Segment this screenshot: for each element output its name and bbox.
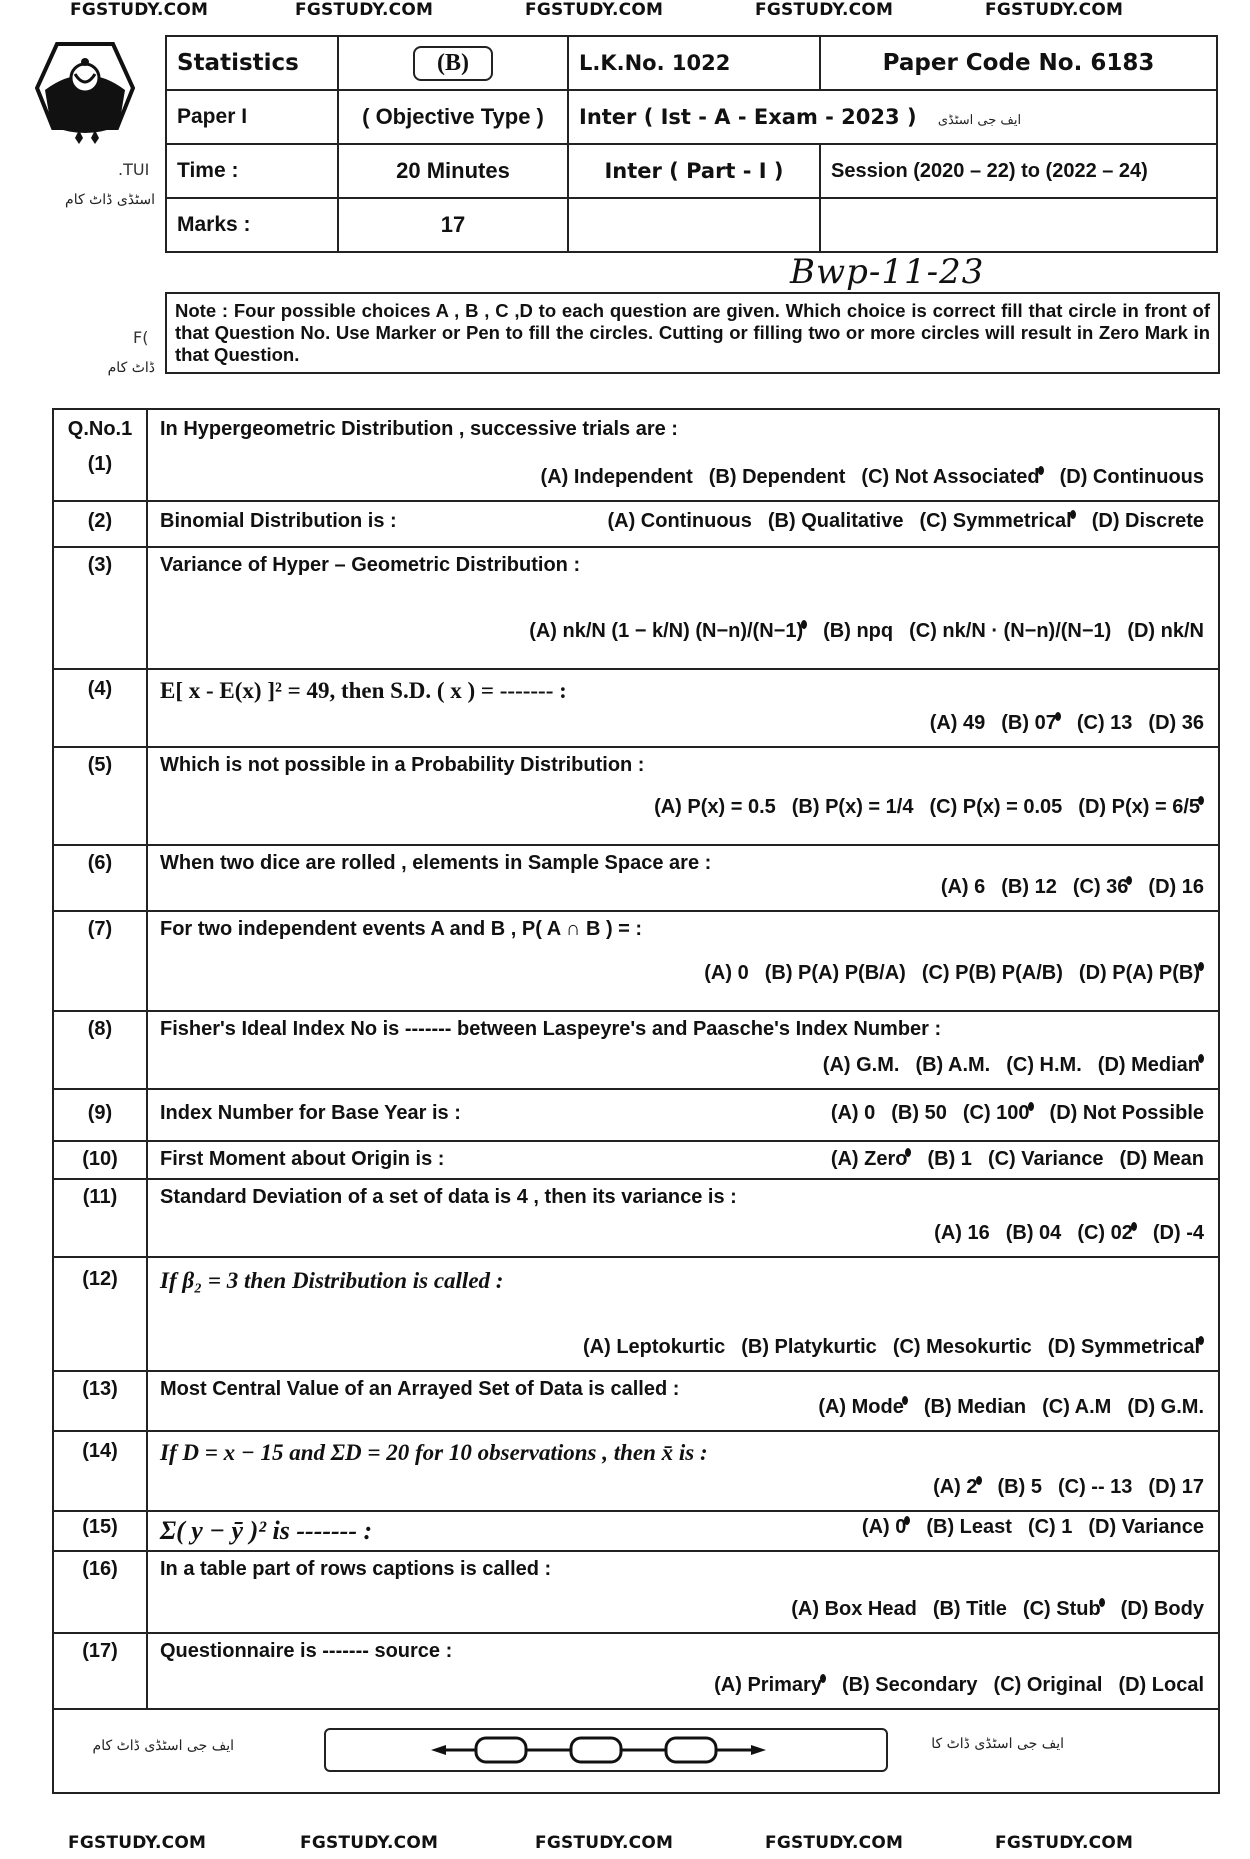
question-row: (9)Index Number for Base Year is :(A) 0(… bbox=[53, 1089, 1219, 1141]
marks-value: 17 bbox=[338, 198, 568, 252]
question-text: Σ( y − ȳ )² is ------- : bbox=[160, 1516, 372, 1546]
option-b[interactable]: (B) npq bbox=[823, 620, 893, 642]
option-label: (C) 13 bbox=[1077, 712, 1133, 734]
question-body: Index Number for Base Year is :(A) 0(B) … bbox=[147, 1089, 1219, 1141]
watermark-bottom-4: FGSTUDY.COM bbox=[765, 1833, 903, 1853]
answer-options: (A) 0(B) P(A) P(B/A)(C) P(B) P(A/B)(D) P… bbox=[688, 962, 1204, 985]
option-a[interactable]: (A) nk/N (1 − k/N) (N−n)/(N−1) bbox=[529, 620, 807, 642]
question-number-text: (10) bbox=[54, 1148, 146, 1171]
question-row: (2)Binomial Distribution is :(A) Continu… bbox=[53, 501, 1219, 547]
question-body: Questionnaire is ------- source :(A) Pri… bbox=[147, 1633, 1219, 1709]
option-a[interactable]: (A) Independent bbox=[541, 466, 693, 488]
answer-options: (A) 6(B) 12(C) 36(D) 16 bbox=[925, 876, 1204, 899]
option-label: (D) Continuous bbox=[1060, 466, 1204, 488]
question-text: When two dice are rolled , elements in S… bbox=[160, 852, 711, 875]
option-d[interactable]: (D) Body bbox=[1121, 1598, 1204, 1620]
question-number-text: (9) bbox=[54, 1102, 146, 1125]
option-c[interactable]: (C) Not Associated bbox=[861, 466, 1043, 488]
option-label: (B) 5 bbox=[998, 1476, 1042, 1498]
answer-options: (A) Continuous(B) Qualitative(C) Symmetr… bbox=[591, 510, 1204, 533]
question-row: (8)Fisher's Ideal Index No is ------- be… bbox=[53, 1011, 1219, 1089]
question-number-text: (1) bbox=[54, 453, 146, 476]
question-text: First Moment about Origin is : bbox=[160, 1148, 444, 1171]
option-c[interactable]: (C) Original bbox=[994, 1674, 1103, 1696]
option-label: (A) 49 bbox=[930, 712, 986, 734]
group-badge: (B) bbox=[413, 46, 493, 81]
marks-label: Marks : bbox=[166, 198, 338, 252]
option-b[interactable]: (B) 07 bbox=[1001, 712, 1061, 734]
option-a[interactable]: (A) 49 bbox=[930, 712, 986, 734]
session: Session (2020 – 22) to (2022 – 24) bbox=[820, 144, 1217, 198]
option-label: (C) P(x) = 0.05 bbox=[929, 796, 1062, 818]
question-number: (2) bbox=[53, 501, 147, 547]
side-watermark-fgstudy: .TUI bbox=[118, 160, 149, 179]
option-label: (D) Discrete bbox=[1092, 510, 1204, 532]
option-b[interactable]: (B) Title bbox=[933, 1598, 1007, 1620]
option-label: (B) 04 bbox=[1006, 1222, 1062, 1244]
option-b[interactable]: (B) A.M. bbox=[915, 1054, 990, 1076]
question-row: (4)E[ x - E(x) ]² = 49, then S.D. ( x ) … bbox=[53, 669, 1219, 747]
option-d[interactable]: (D) 16 bbox=[1148, 876, 1204, 898]
question-number: (9) bbox=[53, 1089, 147, 1141]
question-row: (13)Most Central Value of an Arrayed Set… bbox=[53, 1371, 1219, 1431]
option-label: (A) Zero bbox=[831, 1148, 908, 1170]
lk-number: L.K.No. 1022 bbox=[568, 36, 820, 90]
option-c[interactable]: (C) nk/N · (N−n)/(N−1) bbox=[909, 620, 1111, 642]
watermark-bottom-1: FGSTUDY.COM bbox=[68, 1833, 206, 1853]
option-label: (C) -- 13 bbox=[1058, 1476, 1132, 1498]
option-a[interactable]: (A) 0 bbox=[704, 962, 748, 984]
question-number: (12) bbox=[53, 1257, 147, 1371]
option-c[interactable]: (C) A.M bbox=[1042, 1396, 1111, 1418]
question-number: (14) bbox=[53, 1431, 147, 1511]
question-text: E[ x - E(x) ]² = 49, then S.D. ( x ) = -… bbox=[160, 678, 567, 704]
paper-code: Paper Code No. 6183 bbox=[820, 36, 1217, 90]
option-label: (C) 1 bbox=[1028, 1516, 1072, 1538]
watermark-bottom-2: FGSTUDY.COM bbox=[300, 1833, 438, 1853]
option-label: (A) 6 bbox=[941, 876, 985, 898]
option-label: (C) Original bbox=[994, 1674, 1103, 1696]
question-body: If β₂ = 3 then Distribution is called :(… bbox=[147, 1257, 1219, 1371]
option-d[interactable]: (D) nk/N bbox=[1127, 620, 1204, 642]
question-number: Q.No.1(1) bbox=[53, 409, 147, 501]
question-number: (4) bbox=[53, 669, 147, 747]
option-label: (C) 02 bbox=[1077, 1222, 1133, 1244]
paper-number: Paper I bbox=[166, 90, 338, 144]
option-c[interactable]: (C) P(B) P(A/B) bbox=[922, 962, 1063, 984]
option-b[interactable]: (B) 5 bbox=[998, 1476, 1042, 1498]
answer-options: (A) 2(B) 5(C) -- 13(D) 17 bbox=[917, 1476, 1204, 1499]
question-number-text: (15) bbox=[54, 1516, 146, 1539]
option-b[interactable]: (B) Secondary bbox=[842, 1674, 978, 1696]
question-body: In Hypergeometric Distribution , success… bbox=[147, 409, 1219, 501]
option-label: (D) Median bbox=[1098, 1054, 1200, 1076]
option-d[interactable]: (D) Symmetrical bbox=[1048, 1336, 1204, 1358]
option-label: (A) G.M. bbox=[823, 1054, 900, 1076]
option-label: (B) 07 bbox=[1001, 712, 1057, 734]
question-body: First Moment about Origin is :(A) Zero(B… bbox=[147, 1141, 1219, 1179]
answer-options: (A) G.M.(B) A.M.(C) H.M.(D) Median bbox=[807, 1054, 1204, 1077]
option-label: (C) Mesokurtic bbox=[893, 1336, 1032, 1358]
question-number-text: (14) bbox=[54, 1440, 146, 1463]
option-a[interactable]: (A) Primary bbox=[714, 1674, 826, 1696]
option-label: (C) Variance bbox=[988, 1148, 1104, 1170]
question-text: Binomial Distribution is : bbox=[160, 510, 397, 533]
option-a[interactable]: (A) P(x) = 0.5 bbox=[654, 796, 776, 818]
option-c[interactable]: (C) 13 bbox=[1077, 712, 1133, 734]
question-number: (10) bbox=[53, 1141, 147, 1179]
option-label: (A) Leptokurtic bbox=[583, 1336, 725, 1358]
filled-circle-mark-icon bbox=[902, 1396, 908, 1405]
question-row: (12)If β₂ = 3 then Distribution is calle… bbox=[53, 1257, 1219, 1371]
question-text: Variance of Hyper – Geometric Distributi… bbox=[160, 554, 580, 577]
question-number: (17) bbox=[53, 1633, 147, 1709]
option-label: (A) 0 bbox=[831, 1102, 875, 1124]
option-c[interactable]: (C) Symmetrical bbox=[919, 510, 1075, 532]
option-label: (D) nk/N bbox=[1127, 620, 1204, 642]
question-row: (15)Σ( y − ȳ )² is ------- :(A) 0(B) Lea… bbox=[53, 1511, 1219, 1551]
option-c[interactable]: (C) 100 bbox=[963, 1102, 1034, 1124]
option-b[interactable]: (B) 1 bbox=[927, 1148, 971, 1170]
option-label: (A) 0 bbox=[862, 1516, 906, 1538]
option-label: (B) 50 bbox=[891, 1102, 947, 1124]
filled-circle-mark-icon bbox=[801, 620, 807, 629]
question-body: E[ x - E(x) ]² = 49, then S.D. ( x ) = -… bbox=[147, 669, 1219, 747]
side-watermark-urdu: اسٹڈی ڈاٹ کام bbox=[45, 192, 155, 208]
option-b[interactable]: (B) Dependent bbox=[709, 466, 846, 488]
option-b[interactable]: (B) 50 bbox=[891, 1102, 947, 1124]
filled-circle-mark-icon bbox=[1198, 1054, 1204, 1063]
question-body: For two independent events A and B , P( … bbox=[147, 911, 1219, 1011]
question-row: (17)Questionnaire is ------- source :(A)… bbox=[53, 1633, 1219, 1709]
question-number-text: (3) bbox=[54, 554, 146, 577]
option-label: (A) P(x) = 0.5 bbox=[654, 796, 776, 818]
option-label: (A) Box Head bbox=[791, 1598, 917, 1620]
option-label: (B) P(A) P(B/A) bbox=[765, 962, 906, 984]
option-label: (D) Not Possible bbox=[1050, 1102, 1204, 1124]
option-d[interactable]: (D) Local bbox=[1118, 1674, 1204, 1696]
option-d[interactable]: (D) P(A) P(B) bbox=[1079, 962, 1204, 984]
option-label: (A) 16 bbox=[934, 1222, 990, 1244]
option-label: (B) Secondary bbox=[842, 1674, 978, 1696]
question-row: (7)For two independent events A and B , … bbox=[53, 911, 1219, 1011]
question-body: Which is not possible in a Probability D… bbox=[147, 747, 1219, 845]
option-label: (D) Variance bbox=[1088, 1516, 1204, 1538]
option-label: (B) Title bbox=[933, 1598, 1007, 1620]
question-text: If β₂ = 3 then Distribution is called : bbox=[160, 1268, 503, 1294]
answer-options: (A) 0(B) Least(C) 1(D) Variance bbox=[846, 1516, 1204, 1539]
filled-circle-mark-icon bbox=[976, 1476, 982, 1485]
answer-options: (A) Leptokurtic(B) Platykurtic(C) Mesoku… bbox=[567, 1336, 1204, 1359]
question-group-label: Q.No.1 bbox=[54, 418, 146, 441]
question-number-text: (11) bbox=[54, 1186, 146, 1209]
question-body: Variance of Hyper – Geometric Distributi… bbox=[147, 547, 1219, 669]
question-text: Fisher's Ideal Index No is ------- betwe… bbox=[160, 1018, 941, 1041]
option-c[interactable]: (C) 02 bbox=[1077, 1222, 1137, 1244]
option-label: (B) Least bbox=[926, 1516, 1012, 1538]
footer-urdu-left: ایف جی اسٹڈی ڈاٹ کام bbox=[84, 1738, 234, 1754]
option-label: (D) Local bbox=[1118, 1674, 1204, 1696]
option-label: (B) A.M. bbox=[915, 1054, 990, 1076]
question-number: (13) bbox=[53, 1371, 147, 1431]
filled-circle-mark-icon bbox=[820, 1674, 826, 1683]
answer-options: (A) nk/N (1 − k/N) (N−n)/(N−1)(B) npq(C)… bbox=[513, 620, 1204, 643]
option-a[interactable]: (A) 16 bbox=[934, 1222, 990, 1244]
answer-options: (A) Mode(B) Median(C) A.M(D) G.M. bbox=[802, 1396, 1204, 1419]
question-row: (11)Standard Deviation of a set of data … bbox=[53, 1179, 1219, 1257]
question-number-text: (5) bbox=[54, 754, 146, 777]
option-label: (C) 36 bbox=[1073, 876, 1129, 898]
option-a[interactable]: (A) 0 bbox=[862, 1516, 910, 1538]
question-row: (14)If D = x − 15 and ΣD = 20 for 10 obs… bbox=[53, 1431, 1219, 1511]
option-label: (B) 1 bbox=[927, 1148, 971, 1170]
option-label: (B) Qualitative bbox=[768, 510, 904, 532]
question-body: If D = x − 15 and ΣD = 20 for 10 observa… bbox=[147, 1431, 1219, 1511]
questions-table: Q.No.1(1)In Hypergeometric Distribution … bbox=[52, 408, 1220, 1794]
filled-circle-mark-icon bbox=[904, 1516, 910, 1525]
option-label: (D) G.M. bbox=[1127, 1396, 1204, 1418]
filled-circle-mark-icon bbox=[1028, 1102, 1034, 1111]
filled-circle-mark-icon bbox=[1099, 1598, 1105, 1607]
option-label: (D) 36 bbox=[1148, 712, 1204, 734]
option-a[interactable]: (A) Mode bbox=[818, 1396, 908, 1418]
option-d[interactable]: (D) Not Possible bbox=[1050, 1102, 1204, 1124]
answer-options: (A) Primary(B) Secondary(C) Original(D) … bbox=[698, 1674, 1204, 1697]
empty-cell bbox=[568, 198, 820, 252]
watermark-top-1: FGSTUDY.COM bbox=[70, 0, 208, 20]
answer-options: (A) 49(B) 07(C) 13(D) 36 bbox=[914, 712, 1204, 735]
option-b[interactable]: (B) P(A) P(B/A) bbox=[765, 962, 906, 984]
option-label: (D) P(x) = 6/5 bbox=[1078, 796, 1200, 818]
option-c[interactable]: (C) P(x) = 0.05 bbox=[929, 796, 1062, 818]
option-c[interactable]: (C) Variance bbox=[988, 1148, 1104, 1170]
option-d[interactable]: (D) Median bbox=[1098, 1054, 1204, 1076]
question-number-text: (4) bbox=[54, 678, 146, 701]
option-a[interactable]: (A) Box Head bbox=[791, 1598, 917, 1620]
question-body: In a table part of rows captions is call… bbox=[147, 1551, 1219, 1633]
handwritten-annotation: Bwp-11-23 bbox=[790, 252, 984, 292]
option-a[interactable]: (A) G.M. bbox=[823, 1054, 900, 1076]
option-label: (C) 100 bbox=[963, 1102, 1030, 1124]
option-b[interactable]: (B) Platykurtic bbox=[741, 1336, 877, 1358]
answer-options: (A) Independent(B) Dependent(C) Not Asso… bbox=[525, 466, 1204, 489]
question-row: (16)In a table part of rows captions is … bbox=[53, 1551, 1219, 1633]
option-label: (C) P(B) P(A/B) bbox=[922, 962, 1063, 984]
question-number: (16) bbox=[53, 1551, 147, 1633]
group-cell: (B) bbox=[338, 36, 568, 90]
board-logo-icon bbox=[35, 40, 135, 150]
option-d[interactable]: (D) Discrete bbox=[1092, 510, 1204, 532]
question-body: Most Central Value of an Arrayed Set of … bbox=[147, 1371, 1219, 1431]
question-body: When two dice are rolled , elements in S… bbox=[147, 845, 1219, 911]
watermark-top-3: FGSTUDY.COM bbox=[525, 0, 663, 20]
option-b[interactable]: (B) 12 bbox=[1001, 876, 1057, 898]
question-text: In Hypergeometric Distribution , success… bbox=[160, 418, 678, 441]
option-b[interactable]: (B) Qualitative bbox=[768, 510, 904, 532]
question-text: If D = x − 15 and ΣD = 20 for 10 observa… bbox=[160, 1440, 708, 1466]
option-label: (A) nk/N (1 − k/N) (N−n)/(N−1) bbox=[529, 620, 803, 642]
option-a[interactable]: (A) 6 bbox=[941, 876, 985, 898]
question-body: Fisher's Ideal Index No is ------- betwe… bbox=[147, 1011, 1219, 1089]
question-text: Questionnaire is ------- source : bbox=[160, 1640, 452, 1663]
option-d[interactable]: (D) -4 bbox=[1153, 1222, 1204, 1244]
question-number-text: (8) bbox=[54, 1018, 146, 1041]
question-number: (11) bbox=[53, 1179, 147, 1257]
option-c[interactable]: (C) -- 13 bbox=[1058, 1476, 1132, 1498]
question-number: (6) bbox=[53, 845, 147, 911]
option-label: (C) A.M bbox=[1042, 1396, 1111, 1418]
option-d[interactable]: (D) G.M. bbox=[1127, 1396, 1204, 1418]
question-number: (3) bbox=[53, 547, 147, 669]
question-text: Most Central Value of an Arrayed Set of … bbox=[160, 1378, 679, 1401]
question-number-text: (12) bbox=[54, 1268, 146, 1291]
question-text: Standard Deviation of a set of data is 4… bbox=[160, 1186, 737, 1209]
question-body: Binomial Distribution is :(A) Continuous… bbox=[147, 501, 1219, 547]
filled-circle-mark-icon bbox=[1198, 962, 1204, 971]
watermark-top-2: FGSTUDY.COM bbox=[295, 0, 433, 20]
question-row: (10)First Moment about Origin is :(A) Ze… bbox=[53, 1141, 1219, 1179]
filled-circle-mark-icon bbox=[1198, 796, 1204, 805]
filled-circle-mark-icon bbox=[1198, 1336, 1204, 1345]
option-label: (C) Symmetrical bbox=[919, 510, 1071, 532]
subject-name: Statistics bbox=[166, 36, 338, 90]
question-number-text: (13) bbox=[54, 1378, 146, 1401]
filled-circle-mark-icon bbox=[1038, 466, 1044, 475]
inter-part: Inter ( Part - I ) bbox=[568, 144, 820, 198]
watermark-top-5: FGSTUDY.COM bbox=[985, 0, 1123, 20]
option-label: (C) Not Associated bbox=[861, 466, 1039, 488]
option-b[interactable]: (B) 04 bbox=[1006, 1222, 1062, 1244]
option-c[interactable]: (C) Mesokurtic bbox=[893, 1336, 1032, 1358]
question-number-text: (17) bbox=[54, 1640, 146, 1663]
watermark-top-4: FGSTUDY.COM bbox=[755, 0, 893, 20]
option-b[interactable]: (B) Median bbox=[924, 1396, 1026, 1418]
side-watermark-fg: F( bbox=[133, 328, 148, 347]
option-label: (D) P(A) P(B) bbox=[1079, 962, 1200, 984]
option-label: (A) 2 bbox=[933, 1476, 977, 1498]
option-a[interactable]: (A) Zero bbox=[831, 1148, 912, 1170]
filled-circle-mark-icon bbox=[1126, 876, 1132, 885]
option-d[interactable]: (D) 36 bbox=[1148, 712, 1204, 734]
option-b[interactable]: (B) P(x) = 1/4 bbox=[792, 796, 914, 818]
option-a[interactable]: (A) 0 bbox=[831, 1102, 875, 1124]
option-label: (B) Dependent bbox=[709, 466, 846, 488]
paper-type: ( Objective Type ) bbox=[338, 90, 568, 144]
question-number-text: (6) bbox=[54, 852, 146, 875]
option-c[interactable]: (C) 36 bbox=[1073, 876, 1133, 898]
option-label: (D) 17 bbox=[1148, 1476, 1204, 1498]
answer-options: (A) 0(B) 50(C) 100(D) Not Possible bbox=[815, 1102, 1204, 1125]
option-b[interactable]: (B) Least bbox=[926, 1516, 1012, 1538]
answer-options: (A) Box Head(B) Title(C) Stub(D) Body bbox=[775, 1598, 1204, 1621]
option-d[interactable]: (D) 17 bbox=[1148, 1476, 1204, 1498]
option-label: (C) H.M. bbox=[1006, 1054, 1082, 1076]
question-row: (3)Variance of Hyper – Geometric Distrib… bbox=[53, 547, 1219, 669]
option-a[interactable]: (A) Continuous bbox=[607, 510, 751, 532]
filled-circle-mark-icon bbox=[1070, 510, 1076, 519]
filled-circle-mark-icon bbox=[905, 1148, 911, 1157]
option-d[interactable]: (D) Continuous bbox=[1060, 466, 1204, 488]
footer-ornament-row: ایف جی اسٹڈی ڈاٹ کامایف جی اسٹڈی ڈاٹ کا bbox=[53, 1709, 1219, 1793]
question-row: (6)When two dice are rolled , elements i… bbox=[53, 845, 1219, 911]
exam-urdu-watermark: ایف جی اسٹڈی bbox=[938, 113, 1021, 128]
side-watermark-urdu-2: ڈاٹ کام bbox=[85, 360, 155, 376]
option-d[interactable]: (D) P(x) = 6/5 bbox=[1078, 796, 1204, 818]
footer-urdu-right: ایف جی اسٹڈی ڈاٹ کا bbox=[904, 1736, 1064, 1752]
option-c[interactable]: (C) H.M. bbox=[1006, 1054, 1082, 1076]
instructions-note: Note : Four possible choices A , B , C ,… bbox=[165, 292, 1220, 374]
option-d[interactable]: (D) Mean bbox=[1120, 1148, 1204, 1170]
exam-title: Inter ( Ist - A - Exam - 2023 ) ایف جی ا… bbox=[568, 90, 1217, 144]
answer-options: (A) Zero(B) 1(C) Variance(D) Mean bbox=[815, 1148, 1204, 1171]
option-a[interactable]: (A) Leptokurtic bbox=[583, 1336, 725, 1358]
option-d[interactable]: (D) Variance bbox=[1088, 1516, 1204, 1538]
question-number-text: (16) bbox=[54, 1558, 146, 1581]
watermark-bottom-5: FGSTUDY.COM bbox=[995, 1833, 1133, 1853]
time-label: Time : bbox=[166, 144, 338, 198]
option-label: (A) 0 bbox=[704, 962, 748, 984]
time-value: 20 Minutes bbox=[338, 144, 568, 198]
option-label: (D) 16 bbox=[1148, 876, 1204, 898]
empty-cell bbox=[820, 198, 1217, 252]
answer-options: (A) 16(B) 04(C) 02(D) -4 bbox=[918, 1222, 1204, 1245]
option-label: (B) npq bbox=[823, 620, 893, 642]
option-label: (D) -4 bbox=[1153, 1222, 1204, 1244]
option-label: (A) Continuous bbox=[607, 510, 751, 532]
option-label: (D) Symmetrical bbox=[1048, 1336, 1200, 1358]
option-label: (B) P(x) = 1/4 bbox=[792, 796, 914, 818]
question-body: Standard Deviation of a set of data is 4… bbox=[147, 1179, 1219, 1257]
ornament-divider-icon bbox=[324, 1728, 888, 1772]
watermark-bottom-3: FGSTUDY.COM bbox=[535, 1833, 673, 1853]
option-a[interactable]: (A) 2 bbox=[933, 1476, 981, 1498]
option-label: (D) Body bbox=[1121, 1598, 1204, 1620]
question-number: (5) bbox=[53, 747, 147, 845]
question-row: Q.No.1(1)In Hypergeometric Distribution … bbox=[53, 409, 1219, 501]
question-body: Σ( y − ȳ )² is ------- :(A) 0(B) Least(C… bbox=[147, 1511, 1219, 1551]
option-label: (A) Primary bbox=[714, 1674, 822, 1696]
exam-title-text: Inter ( Ist - A - Exam - 2023 ) bbox=[579, 105, 917, 129]
option-c[interactable]: (C) Stub bbox=[1023, 1598, 1105, 1620]
option-label: (B) 12 bbox=[1001, 876, 1057, 898]
question-text: In a table part of rows captions is call… bbox=[160, 1558, 551, 1581]
option-c[interactable]: (C) 1 bbox=[1028, 1516, 1072, 1538]
option-label: (D) Mean bbox=[1120, 1148, 1204, 1170]
question-number: (7) bbox=[53, 911, 147, 1011]
answer-options: (A) P(x) = 0.5(B) P(x) = 1/4(C) P(x) = 0… bbox=[638, 796, 1204, 819]
option-label: (C) nk/N · (N−n)/(N−1) bbox=[909, 620, 1111, 642]
question-number-text: (7) bbox=[54, 918, 146, 941]
question-text: Index Number for Base Year is : bbox=[160, 1102, 461, 1125]
option-label: (B) Platykurtic bbox=[741, 1336, 877, 1358]
question-number-text: (2) bbox=[54, 510, 146, 533]
question-text: Which is not possible in a Probability D… bbox=[160, 754, 644, 777]
filled-circle-mark-icon bbox=[1131, 1222, 1137, 1231]
option-label: (C) Stub bbox=[1023, 1598, 1101, 1620]
question-number: (8) bbox=[53, 1011, 147, 1089]
filled-circle-mark-icon bbox=[1055, 712, 1061, 721]
question-row: (5)Which is not possible in a Probabilit… bbox=[53, 747, 1219, 845]
paper-header-table: Statistics (B) L.K.No. 1022 Paper Code N… bbox=[165, 35, 1218, 253]
question-number: (15) bbox=[53, 1511, 147, 1551]
option-label: (A) Independent bbox=[541, 466, 693, 488]
option-label: (B) Median bbox=[924, 1396, 1026, 1418]
option-label: (A) Mode bbox=[818, 1396, 904, 1418]
question-text: For two independent events A and B , P( … bbox=[160, 918, 642, 941]
